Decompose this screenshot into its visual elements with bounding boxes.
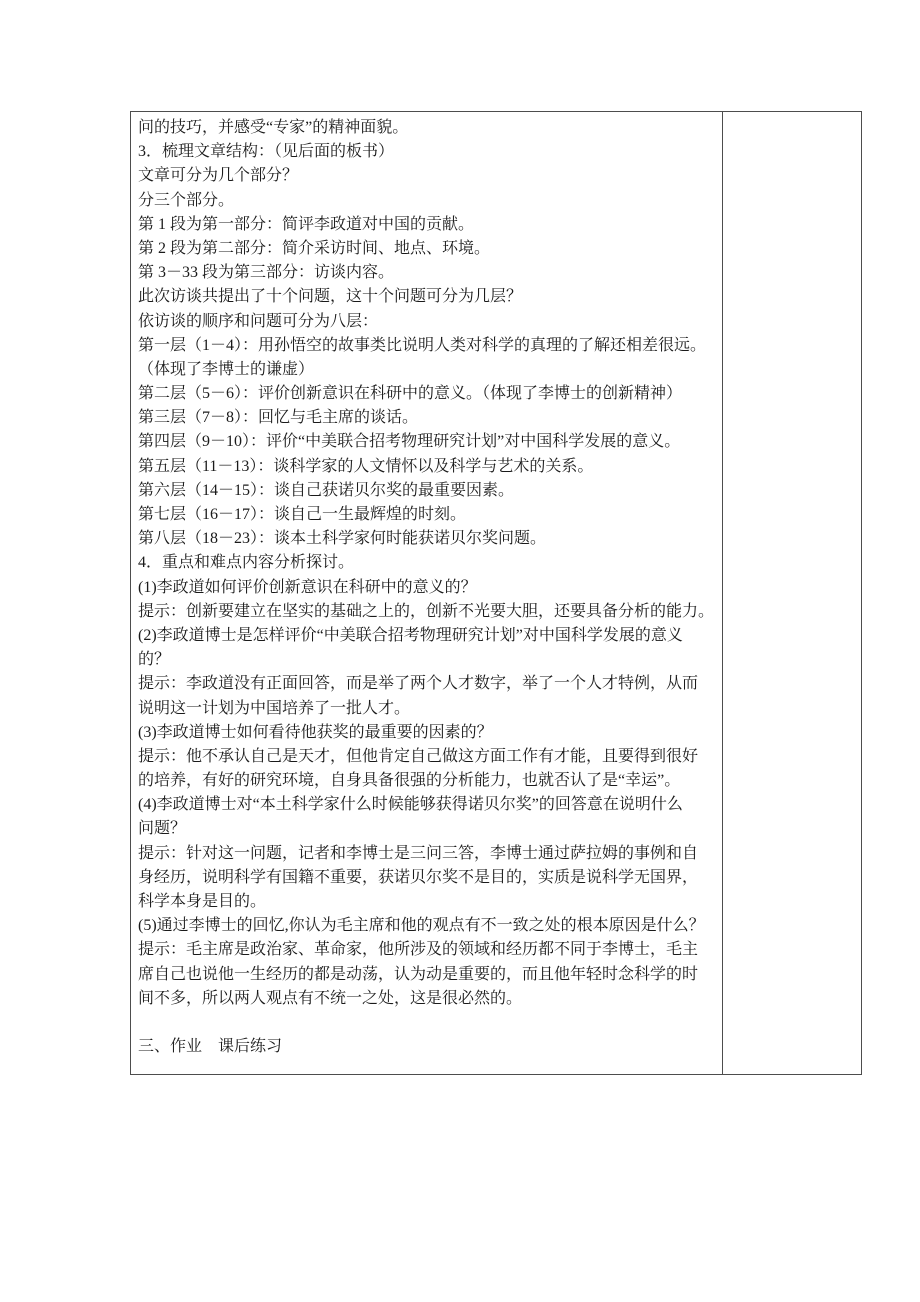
text-line: 依访谈的顺序和问题可分为八层：	[138, 310, 718, 334]
text-line: 提示：李政道没有正面回答，而是举了两个人才数字，举了一个人才特例，从而	[138, 672, 718, 696]
lesson-plan-table: 问的技巧，并感受“专家”的精神面貌。3．梳理文章结构：（见后面的板书）文章可分为…	[130, 111, 862, 1075]
text-line: 说明这一计划为中国培养了一批人才。	[138, 697, 718, 721]
text-line: (4)李政道博士对“本土科学家什么时候能够获得诺贝尔奖”的回答意在说明什么	[138, 793, 718, 817]
text-line	[138, 1011, 718, 1035]
text-line: 的培养，有好的研究环境，自身具备很强的分析能力，也就否认了是“幸运”。	[138, 769, 718, 793]
text-line: 席自己也说他一生经历的都是动荡，认为动是重要的，而且他年轻时念科学的时	[138, 963, 718, 987]
text-line: 身经历，说明科学有国籍不重要，获诺贝尔奖不是目的，实质是说科学无国界，	[138, 866, 718, 890]
main-content-cell: 问的技巧，并感受“专家”的精神面貌。3．梳理文章结构：（见后面的板书）文章可分为…	[131, 112, 723, 1074]
text-line: (2)李政道博士是怎样评价“中美联合招考物理研究计划”对中国科学发展的意义	[138, 624, 718, 648]
text-line: 第四层（9－10）：评价“中美联合招考物理研究计划”对中国科学发展的意义。	[138, 430, 718, 454]
text-line: 的？	[138, 648, 718, 672]
text-line: 提示：创新要建立在坚实的基础之上的，创新不光要大胆，还要具备分析的能力。	[138, 600, 718, 624]
text-line: 第三层（7－8）：回忆与毛主席的谈话。	[138, 406, 718, 430]
text-line: 提示：他不承认自己是天才，但他肯定自己做这方面工作有才能，且要得到很好	[138, 745, 718, 769]
text-line: 提示：针对这一问题，记者和李博士是三问三答，李博士通过萨拉姆的事例和自	[138, 842, 718, 866]
text-line: (1)李政道如何评价创新意识在科研中的意义的？	[138, 576, 718, 600]
text-line: (5)通过李博士的回忆,你认为毛主席和他的观点有不一致之处的根本原因是什么？	[138, 914, 718, 938]
text-line: 间不多，所以两人观点有不统一之处，这是很必然的。	[138, 987, 718, 1011]
text-line: 第六层（14－15）：谈自己获诺贝尔奖的最重要因素。	[138, 479, 718, 503]
text-line: 第 2 段为第二部分：简介采访时间、地点、环境。	[138, 237, 718, 261]
text-line: 第五层（11－13）：谈科学家的人文情怀以及科学与艺术的关系。	[138, 455, 718, 479]
text-line: 第八层（18－23）：谈本土科学家何时能获诺贝尔奖问题。	[138, 527, 718, 551]
text-line: 第 3－33 段为第三部分：访谈内容。	[138, 261, 718, 285]
notes-column-cell	[723, 112, 861, 1074]
text-line: 科学本身是目的。	[138, 890, 718, 914]
text-line: 提示：毛主席是政治家、革命家，他所涉及的领域和经历都不同于李博士，毛主	[138, 938, 718, 962]
text-line: 分三个部分。	[138, 189, 718, 213]
text-line: 第一层（1－4）：用孙悟空的故事类比说明人类对科学的真理的了解还相差很远。	[138, 334, 718, 358]
text-line: (3)李政道博士如何看待他获奖的最重要的因素的？	[138, 721, 718, 745]
text-line: 第二层（5－6）：评价创新意识在科研中的意义。（体现了李博士的创新精神）	[138, 382, 718, 406]
text-line: 此次访谈共提出了十个问题，这十个问题可分为几层？	[138, 285, 718, 309]
text-line: 第七层（16－17）：谈自己一生最辉煌的时刻。	[138, 503, 718, 527]
text-line: 问题？	[138, 817, 718, 841]
text-line: 文章可分为几个部分？	[138, 164, 718, 188]
text-line: （体现了李博士的谦虚）	[138, 358, 718, 382]
text-line: 问的技巧，并感受“专家”的精神面貌。	[138, 116, 718, 140]
text-line: 4．重点和难点内容分析探讨。	[138, 551, 718, 575]
document-page: 问的技巧，并感受“专家”的精神面貌。3．梳理文章结构：（见后面的板书）文章可分为…	[0, 0, 920, 1302]
text-line: 第 1 段为第一部分：简评李政道对中国的贡献。	[138, 213, 718, 237]
text-line: 三、作业 课后练习	[138, 1035, 718, 1059]
text-line: 3．梳理文章结构：（见后面的板书）	[138, 140, 718, 164]
